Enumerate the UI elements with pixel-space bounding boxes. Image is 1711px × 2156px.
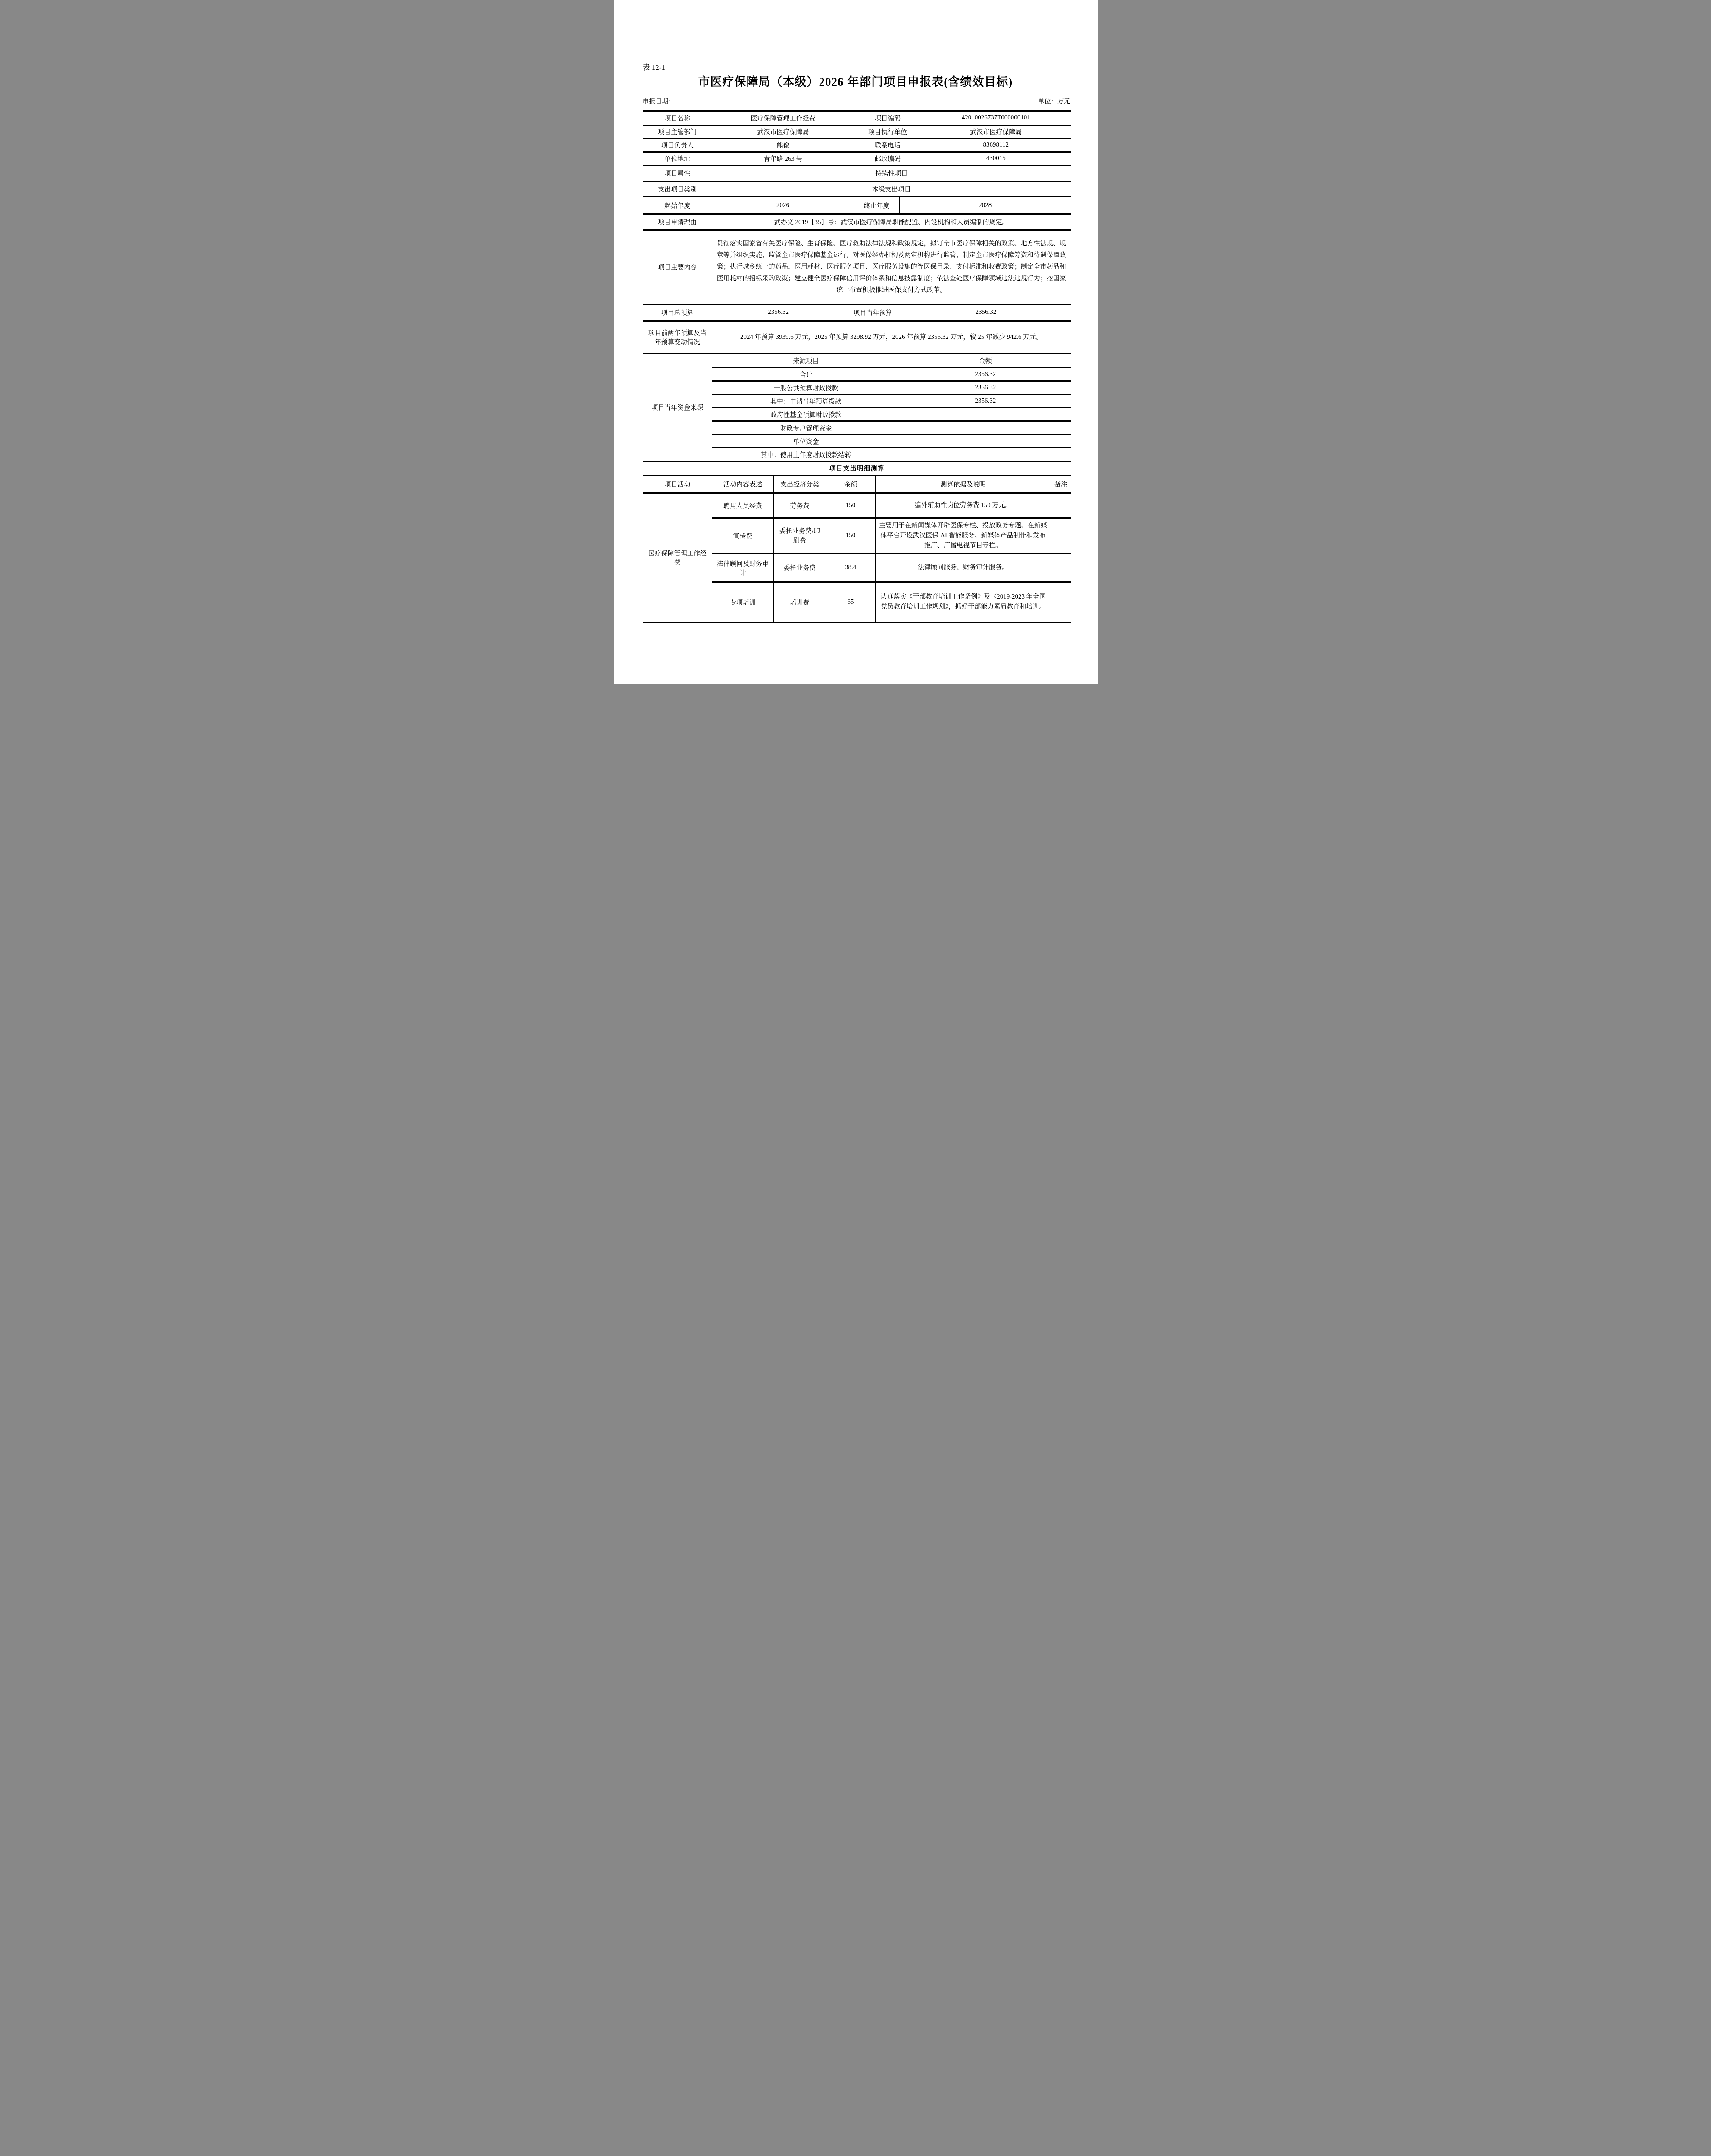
attribute-table: 项目属性 持续性项目 支出项目类别 本级支出项目 xyxy=(643,166,1071,198)
cell-label: 起始年度 xyxy=(643,197,712,214)
declare-date-label: 申报日期: xyxy=(643,97,670,105)
detail-table: 项目活动 活动内容表述 支出经济分类 金额 测算依据及说明 备注 医疗保障管理工… xyxy=(643,476,1071,622)
table-row: 项目申请理由 武办文 2019【35】号：武汉市医疗保障局职能配置、内设机构和人… xyxy=(643,215,1071,230)
activity-group-label: 医疗保障管理工作经费 xyxy=(643,493,712,622)
basis-text: 法律顾问服务、财务审计服务。 xyxy=(876,554,1051,582)
cell-value: 武汉市医疗保障局 xyxy=(921,125,1071,138)
cell-label: 项目当年预算 xyxy=(845,305,901,321)
reason-table: 项目申请理由 武办文 2019【35】号：武汉市医疗保障局职能配置、内设机构和人… xyxy=(643,215,1071,231)
activity-item: 法律顾问及财务审计 xyxy=(712,554,774,582)
cell-label: 项目前两年预算及当年预算变动情况 xyxy=(643,322,712,354)
column-header: 支出经济分类 xyxy=(774,476,826,493)
main-content-text: 贯彻落实国家省有关医疗保险、生育保险、医疗救助法律法规和政策规定，拟订全市医疗保… xyxy=(712,231,1071,304)
detail-header-row: 项目活动 活动内容表述 支出经济分类 金额 测算依据及说明 备注 xyxy=(643,476,1071,493)
amount: 150 xyxy=(826,493,876,518)
funding-table: 项目当年资金来源 来源项目 金额 合计 2356.32 一般公共预算财政拨款 2… xyxy=(643,354,1071,462)
basic-info-table: 项目名称 医疗保障管理工作经费 项目编码 42010026737T0000001… xyxy=(643,112,1071,166)
economic-class: 委托业务费/印刷费 xyxy=(774,518,826,554)
funding-amount xyxy=(900,448,1071,461)
funding-amount: 2356.32 xyxy=(900,395,1071,408)
form-number-label: 表 12-1 xyxy=(643,61,1098,70)
table-row: 项目前两年预算及当年预算变动情况 2024 年预算 3939.6 万元，2025… xyxy=(643,322,1071,354)
cell-label: 项目名称 xyxy=(643,112,712,125)
cell-value: 本级支出项目 xyxy=(712,182,1071,197)
cell-label: 项目执行单位 xyxy=(854,125,921,138)
table-row: 项目主要内容 贯彻落实国家省有关医疗保险、生育保险、医疗救助法律法规和政策规定，… xyxy=(643,231,1071,304)
application-form-table: 项目名称 医疗保障管理工作经费 项目编码 42010026737T0000001… xyxy=(643,110,1071,623)
column-header: 金额 xyxy=(826,476,876,493)
amount: 150 xyxy=(826,518,876,554)
table-row: 项目名称 医疗保障管理工作经费 项目编码 42010026737T0000001… xyxy=(643,112,1071,125)
cell-label: 项目申请理由 xyxy=(643,215,712,230)
cell-value: 青年路 263 号 xyxy=(712,152,854,165)
cell-value: 430015 xyxy=(921,152,1071,165)
amount: 65 xyxy=(826,582,876,622)
cell-label: 支出项目类别 xyxy=(643,182,712,197)
note-cell xyxy=(1051,493,1071,518)
activity-item: 专项培训 xyxy=(712,582,774,622)
cell-value: 83698112 xyxy=(921,138,1071,152)
cell-label: 终止年度 xyxy=(854,197,900,214)
detail-section-title: 项目支出明细测算 xyxy=(643,462,1071,475)
cell-label: 项目总预算 xyxy=(643,305,712,321)
unit-label: 单位：万元 xyxy=(1038,97,1070,105)
cell-label: 联系电话 xyxy=(854,138,921,152)
basis-text: 编外辅助性岗位劳务费 150 万元。 xyxy=(876,493,1051,518)
funding-amount xyxy=(900,435,1071,448)
funding-source: 其中：申请当年预算拨款 xyxy=(712,395,900,408)
funding-amount: 2356.32 xyxy=(900,368,1071,381)
table-row: 项目当年资金来源 来源项目 金额 xyxy=(643,354,1071,368)
meta-row: 申报日期: 单位：万元 xyxy=(643,97,1070,105)
cell-value: 2028 xyxy=(900,197,1071,214)
table-row: 项目总预算 2356.32 项目当年预算 2356.32 xyxy=(643,305,1071,321)
note-cell xyxy=(1051,582,1071,622)
economic-class: 劳务费 xyxy=(774,493,826,518)
economic-class: 培训费 xyxy=(774,582,826,622)
basis-text: 认真落实《干部教育培训工作条例》及《2019-2023 年全国党员教育培训工作规… xyxy=(876,582,1051,622)
table-row: 起始年度 2026 终止年度 2028 xyxy=(643,197,1071,214)
table-row: 项目属性 持续性项目 xyxy=(643,166,1071,182)
table-row: 项目支出明细测算 xyxy=(643,462,1071,475)
cell-value: 2356.32 xyxy=(901,305,1071,321)
detail-section-title-table: 项目支出明细测算 xyxy=(643,462,1071,476)
cell-value: 武汉市医疗保障局 xyxy=(712,125,854,138)
cell-value: 2356.32 xyxy=(712,305,845,321)
years-table: 起始年度 2026 终止年度 2028 xyxy=(643,197,1071,215)
document-page: 表 12-1 市医疗保障局（本级）2026 年部门项目申报表(含绩效目标) 申报… xyxy=(614,0,1098,684)
page-title: 市医疗保障局（本级）2026 年部门项目申报表(含绩效目标) xyxy=(614,74,1098,90)
main-content-table: 项目主要内容 贯彻落实国家省有关医疗保险、生育保险、医疗救助法律法规和政策规定，… xyxy=(643,231,1071,305)
budget-history-text: 2024 年预算 3939.6 万元，2025 年预算 3298.92 万元，2… xyxy=(712,322,1071,354)
cell-value: 2026 xyxy=(712,197,854,214)
table-row: 单位地址 青年路 263 号 邮政编码 430015 xyxy=(643,152,1071,165)
activity-item: 聘用人员经费 xyxy=(712,493,774,518)
funding-source: 财政专户管理资金 xyxy=(712,421,900,435)
funding-source: 一般公共预算财政拨款 xyxy=(712,381,900,395)
funding-source: 政府性基金预算财政拨款 xyxy=(712,408,900,421)
funding-source: 其中：使用上年度财政拨款结转 xyxy=(712,448,900,461)
budget-table: 项目总预算 2356.32 项目当年预算 2356.32 xyxy=(643,305,1071,322)
cell-label: 项目属性 xyxy=(643,166,712,182)
column-header: 活动内容表述 xyxy=(712,476,774,493)
note-cell xyxy=(1051,518,1071,554)
amount: 38.4 xyxy=(826,554,876,582)
cell-label: 项目编码 xyxy=(854,112,921,125)
cell-value: 42010026737T000000101 xyxy=(921,112,1071,125)
cell-value: 武办文 2019【35】号：武汉市医疗保障局职能配置、内设机构和人员编制的规定。 xyxy=(712,215,1071,230)
cell-label: 单位地址 xyxy=(643,152,712,165)
table-row: 项目主管部门 武汉市医疗保障局 项目执行单位 武汉市医疗保障局 xyxy=(643,125,1071,138)
funding-source: 合计 xyxy=(712,368,900,381)
cell-label: 项目主管部门 xyxy=(643,125,712,138)
cell-value: 持续性项目 xyxy=(712,166,1071,182)
detail-row: 医疗保障管理工作经费 聘用人员经费 劳务费 150 编外辅助性岗位劳务费 150… xyxy=(643,493,1071,518)
cell-value: 熊俊 xyxy=(712,138,854,152)
cell-value: 医疗保障管理工作经费 xyxy=(712,112,854,125)
column-header: 测算依据及说明 xyxy=(876,476,1051,493)
funding-group-label: 项目当年资金来源 xyxy=(643,354,712,461)
column-header: 来源项目 xyxy=(712,354,900,368)
column-header: 金额 xyxy=(900,354,1071,368)
economic-class: 委托业务费 xyxy=(774,554,826,582)
cell-label: 邮政编码 xyxy=(854,152,921,165)
cell-label: 项目负责人 xyxy=(643,138,712,152)
note-cell xyxy=(1051,554,1071,582)
cell-label: 项目主要内容 xyxy=(643,231,712,304)
basis-text: 主要用于在新闻媒体开辟医保专栏、投放政务专题、在新媒体平台开设武汉医保 AI 智… xyxy=(876,518,1051,554)
table-row: 项目负责人 熊俊 联系电话 83698112 xyxy=(643,138,1071,152)
budget-history-table: 项目前两年预算及当年预算变动情况 2024 年预算 3939.6 万元，2025… xyxy=(643,322,1071,354)
funding-amount xyxy=(900,421,1071,435)
table-row: 支出项目类别 本级支出项目 xyxy=(643,182,1071,197)
activity-item: 宣传费 xyxy=(712,518,774,554)
funding-source: 单位资金 xyxy=(712,435,900,448)
column-header: 备注 xyxy=(1051,476,1071,493)
column-header: 项目活动 xyxy=(643,476,712,493)
funding-amount: 2356.32 xyxy=(900,381,1071,395)
funding-amount xyxy=(900,408,1071,421)
